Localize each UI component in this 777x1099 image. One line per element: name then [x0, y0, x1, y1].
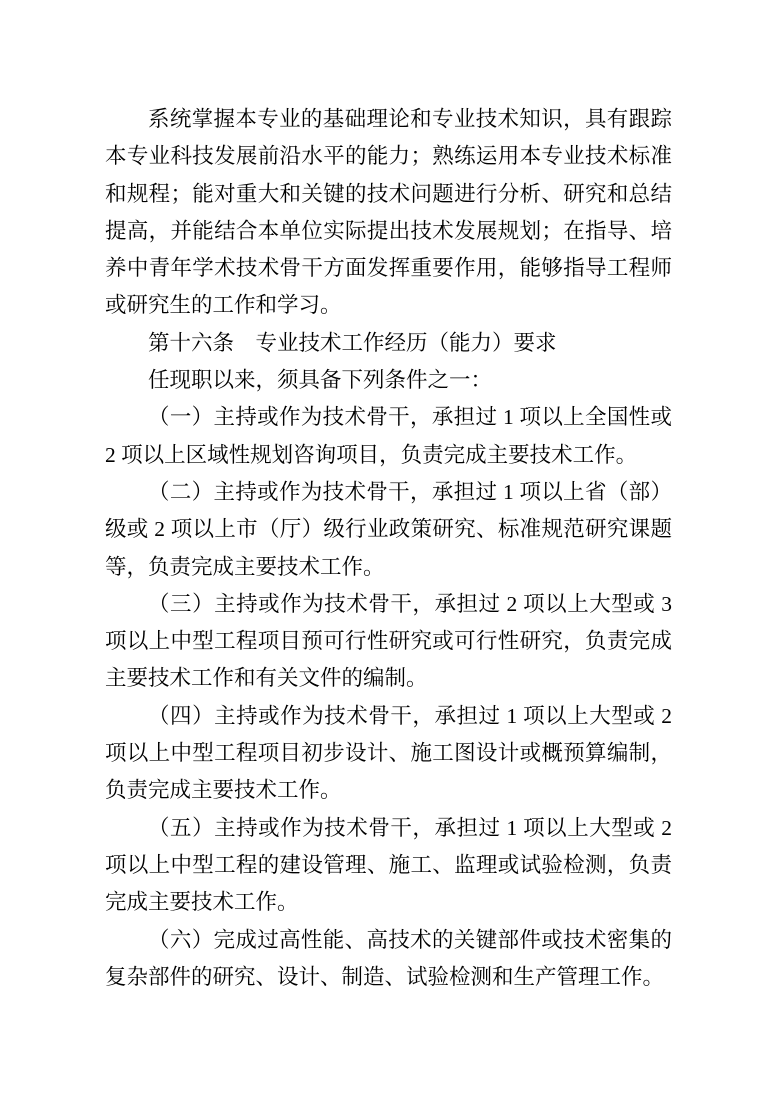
- paragraph-condition-1: （一）主持或作为技术骨干，承担过 1 项以上全国性或 2 项以上区域性规划咨询项…: [105, 399, 672, 474]
- paragraph-condition-4: （四）主持或作为技术骨干，承担过 1 项以上大型或 2 项以上中型工程项目初步设…: [105, 698, 672, 810]
- paragraph-overview: 系统掌握本专业的基础理论和专业技术知识，具有跟踪本专业科技发展前沿水平的能力；熟…: [105, 101, 672, 325]
- paragraph-article-16-heading: 第十六条 专业技术工作经历（能力）要求: [105, 325, 672, 362]
- paragraph-condition-5: （五）主持或作为技术骨干，承担过 1 项以上大型或 2 项以上中型工程的建设管理…: [105, 810, 672, 922]
- paragraph-conditions-intro: 任现职以来，须具备下列条件之一：: [105, 362, 672, 399]
- document-body: 系统掌握本专业的基础理论和专业技术知识，具有跟踪本专业科技发展前沿水平的能力；熟…: [105, 101, 672, 996]
- paragraph-condition-3: （三）主持或作为技术骨干，承担过 2 项以上大型或 3 项以上中型工程项目预可行…: [105, 586, 672, 698]
- paragraph-condition-6: （六）完成过高性能、高技术的关键部件或技术密集的复杂部件的研究、设计、制造、试验…: [105, 922, 672, 997]
- document-page: 系统掌握本专业的基础理论和专业技术知识，具有跟踪本专业科技发展前沿水平的能力；熟…: [0, 0, 777, 1099]
- paragraph-condition-2: （二）主持或作为技术骨干，承担过 1 项以上省（部）级或 2 项以上市（厅）级行…: [105, 474, 672, 586]
